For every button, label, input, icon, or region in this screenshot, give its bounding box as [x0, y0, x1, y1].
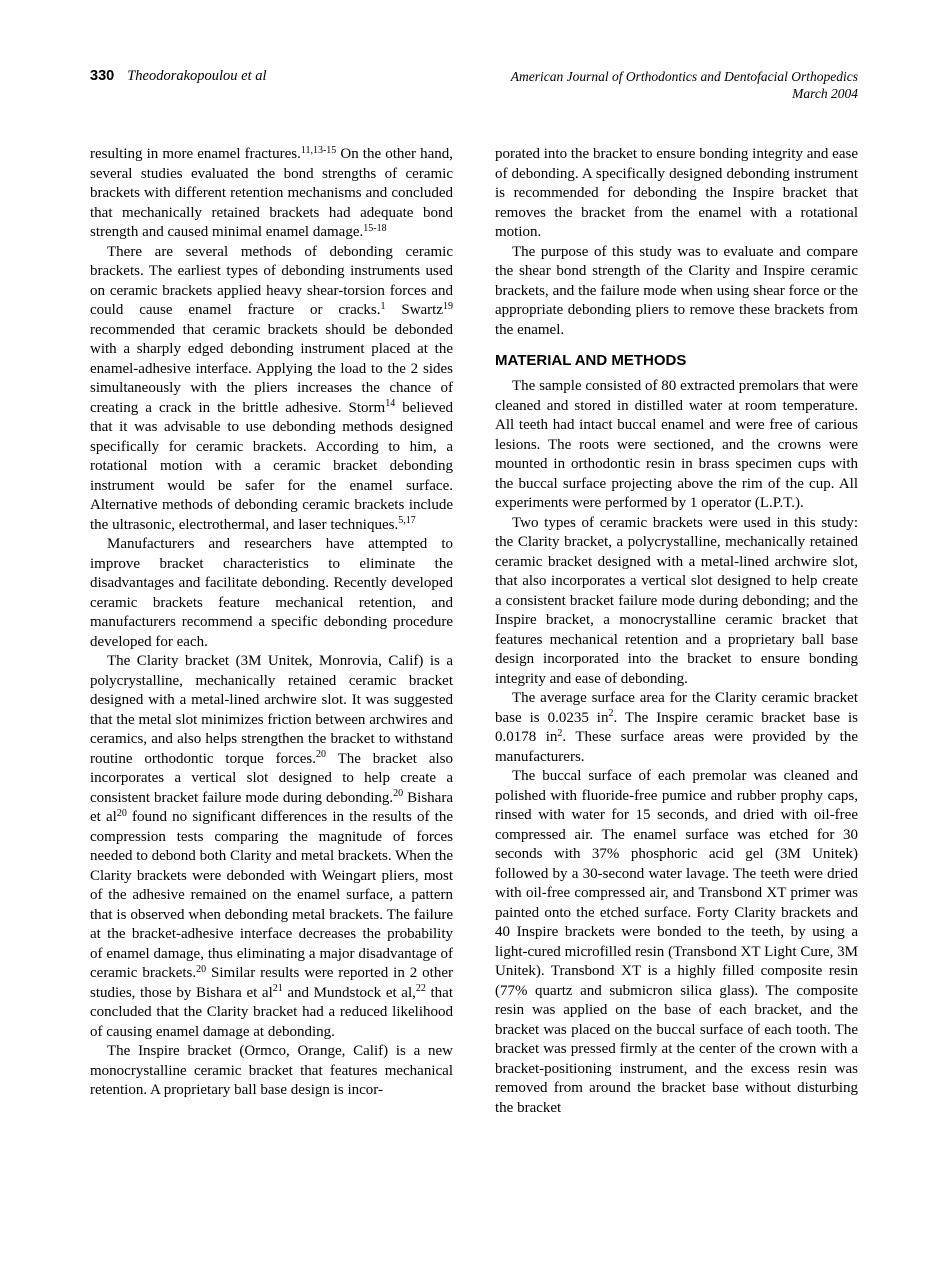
section-heading: MATERIAL AND METHODS	[495, 352, 858, 369]
body-paragraph: porated into the bracket to ensure bondi…	[495, 145, 858, 243]
left-column: resulting in more enamel fractures.11,13…	[90, 145, 453, 1118]
body-paragraph: Two types of ceramic brackets were used …	[495, 514, 858, 690]
body-paragraph: The Clarity bracket (3M Unitek, Monrovia…	[90, 652, 453, 1042]
superscript-reference: 1	[380, 301, 385, 312]
body-paragraph: The average surface area for the Clarity…	[495, 689, 858, 767]
journal-page: 330 Theodorakopoulou et al American Jour…	[0, 0, 950, 1272]
journal-issue-date: March 2004	[511, 85, 858, 102]
body-paragraph: The purpose of this study was to evaluat…	[495, 243, 858, 341]
body-paragraph: The buccal surface of each premolar was …	[495, 767, 858, 1118]
right-column: porated into the bracket to ensure bondi…	[495, 145, 858, 1118]
page-number: 330	[90, 68, 114, 84]
article-body: resulting in more enamel fractures.11,13…	[90, 145, 858, 1118]
running-head-left: 330 Theodorakopoulou et al	[90, 68, 267, 85]
superscript-reference: 20	[196, 964, 206, 975]
superscript-reference: 15-18	[363, 223, 386, 234]
superscript-reference: 20	[316, 749, 326, 760]
superscript-reference: 2	[608, 708, 613, 719]
body-paragraph: resulting in more enamel fractures.11,13…	[90, 145, 453, 243]
superscript-reference: 5,17	[398, 515, 416, 526]
body-paragraph: There are several methods of debonding c…	[90, 243, 453, 536]
running-head-right: American Journal of Orthodontics and Den…	[511, 68, 858, 102]
body-paragraph: The Inspire bracket (Ormco, Orange, Cali…	[90, 1042, 453, 1101]
superscript-reference: 14	[385, 398, 395, 409]
running-head: 330 Theodorakopoulou et al American Jour…	[90, 68, 858, 102]
superscript-reference: 22	[416, 983, 426, 994]
running-authors: Theodorakopoulou et al	[127, 68, 266, 85]
superscript-reference: 19	[443, 301, 453, 312]
superscript-reference: 11,13-15	[301, 145, 336, 156]
superscript-reference: 21	[273, 983, 283, 994]
superscript-reference: 2	[557, 728, 562, 739]
body-paragraph: Manufacturers and researchers have attem…	[90, 535, 453, 652]
journal-title: American Journal of Orthodontics and Den…	[511, 68, 858, 85]
body-paragraph: The sample consisted of 80 extracted pre…	[495, 377, 858, 514]
superscript-reference: 20	[393, 788, 403, 799]
superscript-reference: 20	[117, 808, 127, 819]
